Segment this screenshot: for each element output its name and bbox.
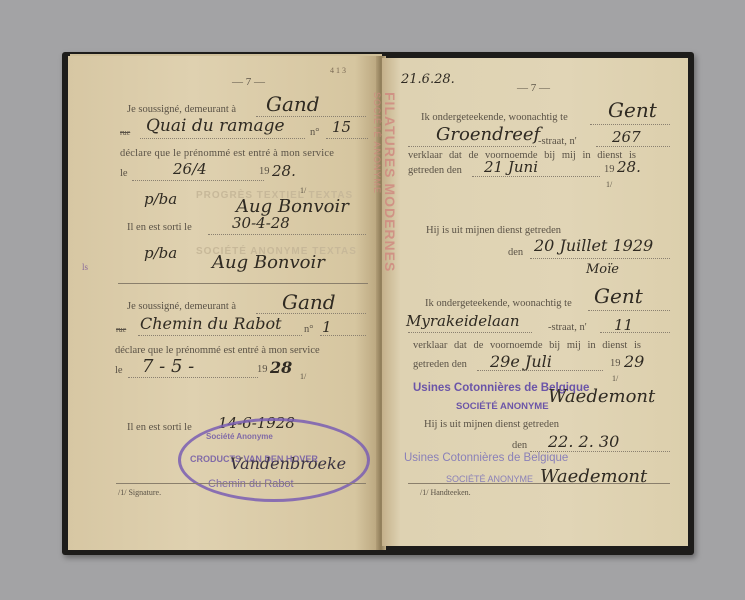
red-stamp-line2: SOCIÉTÉ ANONYME (372, 92, 382, 272)
r1-number: 267 (612, 128, 641, 146)
l2-footnote-mark: 1/ (300, 372, 306, 381)
right-footnote: /1/ Handteeken. (420, 488, 471, 497)
r2-date-label: getreden den (413, 359, 467, 370)
r1-exit-den: den (508, 247, 523, 258)
r1-date-label: getreden den (408, 165, 462, 176)
r1-exit-date: 20 Juillet 1929 (534, 236, 653, 255)
l1-date: 26/4 (173, 160, 207, 178)
r1-signature: Moïe (586, 262, 619, 277)
l2-line1-label: Je soussigné, demeurant à (127, 301, 236, 312)
l2-number-label: n° (304, 324, 313, 335)
l1-sig-label2: p/ba (144, 244, 177, 262)
l2-date: 7 - 5 - (142, 356, 194, 377)
l1-street-prefix: rue (120, 128, 130, 137)
left-signature-line (116, 483, 366, 484)
red-vertical-stamp: FILATURES MODERNES SOCIÉTÉ ANONYME (372, 92, 398, 272)
l2-street: Chemin du Rabot (140, 314, 282, 333)
right-corner-date: 21.6.28. (401, 72, 455, 87)
r1-street: Groendreef (436, 124, 540, 145)
l1-year-prefix: 19 (259, 166, 270, 177)
l2-city: Gand (282, 290, 336, 314)
margin-mark: ls (82, 262, 88, 272)
l1-line1-label: Je soussigné, demeurant à (127, 104, 236, 115)
l1-city: Gand (266, 92, 320, 116)
oval-stamp-top: Société Anonyme (206, 432, 273, 441)
l2-number: 1 (322, 318, 332, 336)
r2-street: Myrakeidelaan (406, 312, 520, 330)
l1-exit-date: 30-4-28 (232, 214, 290, 232)
r1-street-label: -straat, n' (538, 136, 577, 147)
r2-date: 29e Juli (490, 352, 552, 371)
red-stamp-line1: FILATURES MODERNES (382, 92, 398, 272)
l1-line3: déclare que le prénommé est entré à mon … (120, 148, 334, 159)
l1-exit-label: Il en est sorti le (127, 222, 192, 233)
r2-number: 11 (614, 316, 633, 334)
left-entry-divider (118, 283, 368, 284)
left-page-number: — 7 — (232, 76, 265, 88)
l2-street-prefix: rue (116, 325, 126, 334)
r1-exit-label: Hij is uit mijnen dienst getreden (426, 225, 561, 236)
r1-line1-label: Ik ondergeteekende, woonachtig te (421, 112, 568, 123)
l1-date-prefix: le (120, 168, 128, 179)
l2-exit-label: Il en est sorti le (127, 422, 192, 433)
r2-stamp1-line2: SOCIÉTÉ ANONYME (456, 401, 549, 412)
r1-footnote-mark: 1/ (606, 180, 612, 189)
r2-line1-label: Ik ondergeteekende, woonachtig te (425, 298, 572, 309)
r2-signature1: Waedemont (548, 386, 655, 407)
r1-year-prefix: 19 (604, 164, 615, 175)
r2-year-prefix: 19 (610, 358, 621, 369)
r2-exit-date: 22. 2. 30 (548, 432, 619, 451)
r2-footnote-mark: 1/ (612, 374, 618, 383)
l1-signature2: Aug Bonvoir (212, 252, 325, 273)
right-page-number: — 7 — (517, 82, 550, 94)
l2-line3: déclare que le prénommé est entré à mon … (115, 345, 320, 356)
l1-number: 15 (332, 118, 351, 136)
r2-line3: verklaar dat de voornoemde bij mij in di… (413, 340, 641, 351)
r2-year-suffix: 29 (624, 352, 644, 371)
r1-year-suffix: 28. (617, 158, 641, 176)
r2-exit-label: Hij is uit mijnen dienst getreden (424, 419, 559, 430)
l2-year-prefix: 19 (257, 364, 268, 375)
left-footnote: /1/ Signature. (118, 488, 161, 497)
oval-stamp-bottom: Chemin du Rabot (208, 478, 294, 490)
l1-number-label: n° (310, 127, 319, 138)
r1-date: 21 Juni (484, 158, 538, 176)
l1-year-suffix: 28. (272, 162, 296, 180)
r2-street-label: -straat, n' (548, 322, 587, 333)
l1-street: Quai du ramage (146, 116, 285, 136)
l1-sig-label: p/ba (144, 190, 177, 208)
l2-signature: Vandenbroeke (230, 454, 346, 473)
l2-date-prefix: le (115, 365, 123, 376)
right-signature-line (408, 483, 670, 484)
r2-stamp2-line1: Usines Cotonnières de Belgique (404, 452, 568, 464)
l2-year-suffix: 28 (270, 358, 292, 377)
left-corner-mark: 4 1 3 (330, 66, 346, 75)
r2-city: Gent (594, 284, 643, 308)
r1-city: Gent (608, 98, 657, 122)
r2-exit-den: den (512, 440, 527, 451)
